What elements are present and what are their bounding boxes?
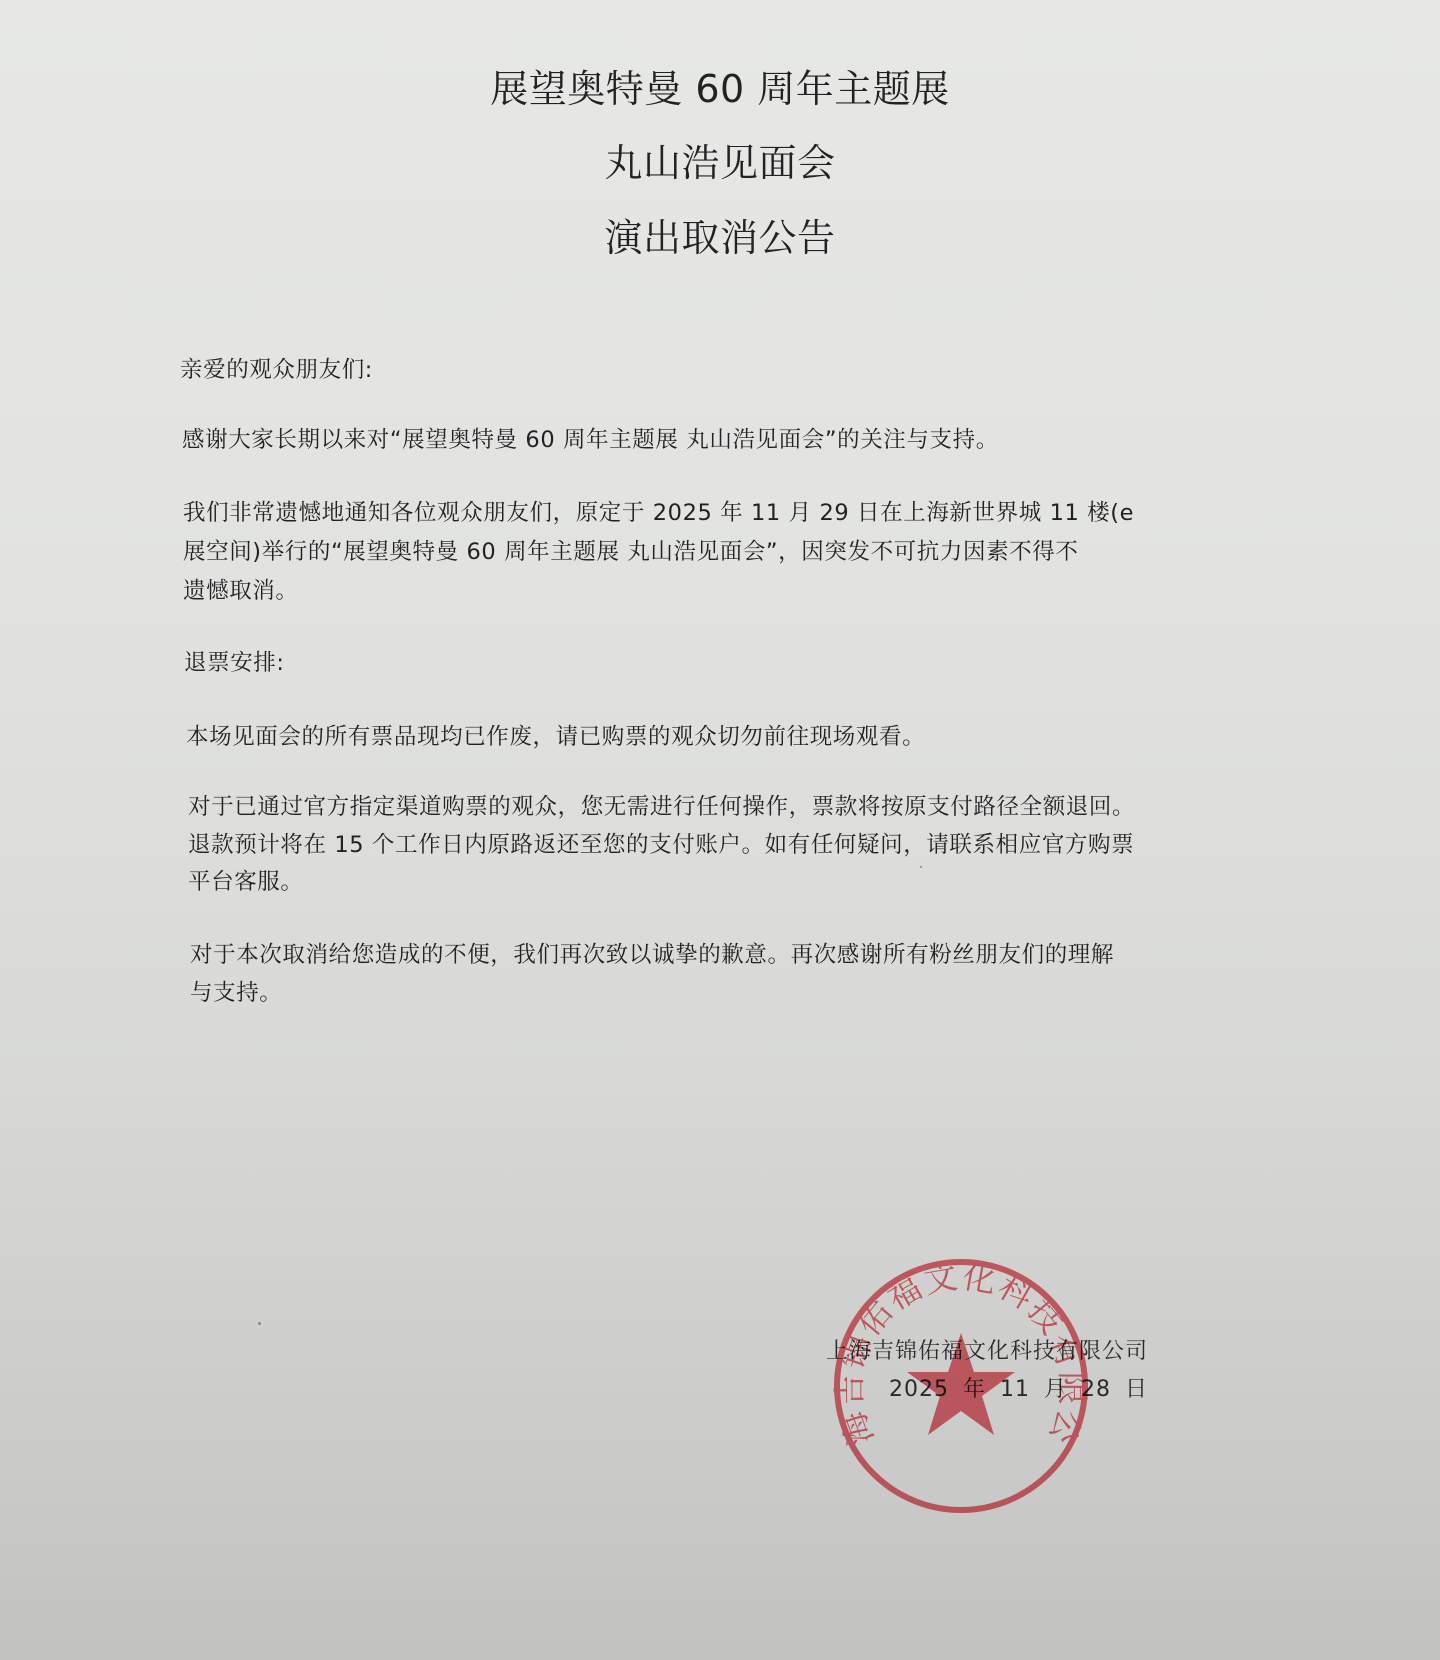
paragraph2-line: 对于已通过官方指定渠道购票的观众，您无需进行任何操作，票款将按原支付路径全额退回… (188, 792, 1135, 822)
paragraph3-line: 对于本次取消给您造成的不便，我们再次致以诚挚的歉意。再次感谢所有粉丝朋友们的理解 (190, 940, 1114, 970)
paragraph1-line: 遗憾取消。 (183, 576, 299, 606)
paragraph3-line: 与支持。 (190, 978, 282, 1008)
stamp-seal-icon: 上海吉锦佑福文化科技有限公司 (830, 1255, 1092, 1517)
notice-document: 展望奥特曼 60 周年主题展 丸山浩见面会 演出取消公告 亲爱的观众朋友们: 感… (0, 0, 1440, 1660)
title-meet-greet: 丸山浩见面会 (0, 140, 1440, 186)
official-stamp: 上海吉锦佑福文化科技有限公司 (830, 1255, 1092, 1517)
star-icon (907, 1333, 1015, 1435)
thanks-line: 感谢大家长期以来对“展望奥特曼 60 周年主题展 丸山浩见面会”的关注与支持。 (182, 425, 999, 455)
tickets-void-line: 本场见面会的所有票品现均已作废，请已购票的观众切勿前往现场观看。 (186, 722, 925, 752)
title-exhibition: 展望奥特曼 60 周年主题展 (0, 66, 1440, 112)
paper-speck (258, 1322, 261, 1325)
paper-speck (920, 866, 922, 868)
salutation: 亲爱的观众朋友们: (180, 355, 373, 385)
paragraph1-line: 我们非常遗憾地通知各位观众朋友们，原定于 2025 年 11 月 29 日在上海… (183, 498, 1134, 528)
refund-heading: 退票安排: (184, 648, 285, 678)
paragraph2-line: 平台客服。 (188, 867, 304, 897)
paragraph1-line: 展空间)举行的“展望奥特曼 60 周年主题展 丸山浩见面会”，因突发不可抗力因素… (183, 537, 1078, 567)
title-cancellation-notice: 演出取消公告 (0, 215, 1440, 261)
paragraph2-line: 退款预计将在 15 个工作日内原路返还至您的支付账户。如有任何疑问，请联系相应官… (188, 830, 1134, 860)
